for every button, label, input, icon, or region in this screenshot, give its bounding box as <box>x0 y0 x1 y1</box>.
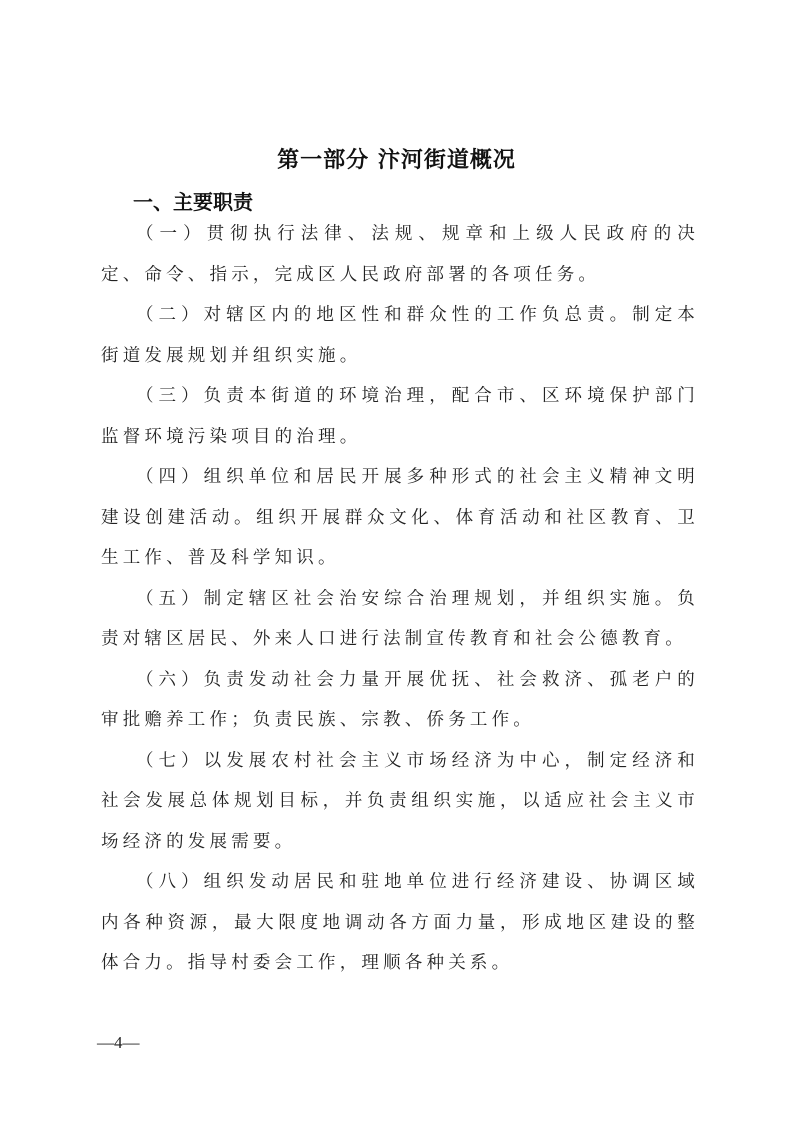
section-heading: 一、主要职责 <box>133 186 253 215</box>
paragraph-4: （四）组织单位和居民开展多种形式的社会主义精神文明建设创建活动。组织开展群众文化… <box>101 457 699 579</box>
paragraph-7: （七）以发展农村社会主义市场经济为中心，制定经济和社会发展总体规划目标，并负责组… <box>101 741 699 863</box>
page-number: —4— <box>97 1033 140 1053</box>
paragraph-8: （八）组织发动居民和驻地单位进行经济建设、协调区域内各种资源，最大限度地调动各方… <box>101 862 699 984</box>
document-body: （一）贯彻执行法律、法规、规章和上级人民政府的决定、命令、指示，完成区人民政府部… <box>101 214 699 984</box>
paragraph-2: （二）对辖区内的地区性和群众性的工作负总责。制定本街道发展规划并组织实施。 <box>101 295 699 376</box>
paragraph-6: （六）负责发动社会力量开展优抚、社会救济、孤老户的审批赡养工作；负责民族、宗教、… <box>101 660 699 741</box>
paragraph-5: （五）制定辖区社会治安综合治理规划，并组织实施。负责对辖区居民、外来人口进行法制… <box>101 579 699 660</box>
paragraph-3: （三）负责本街道的环境治理，配合市、区环境保护部门监督环境污染项目的治理。 <box>101 376 699 457</box>
paragraph-1: （一）贯彻执行法律、法规、规章和上级人民政府的决定、命令、指示，完成区人民政府部… <box>101 214 699 295</box>
page-title: 第一部分 汴河街道概况 <box>0 143 793 174</box>
